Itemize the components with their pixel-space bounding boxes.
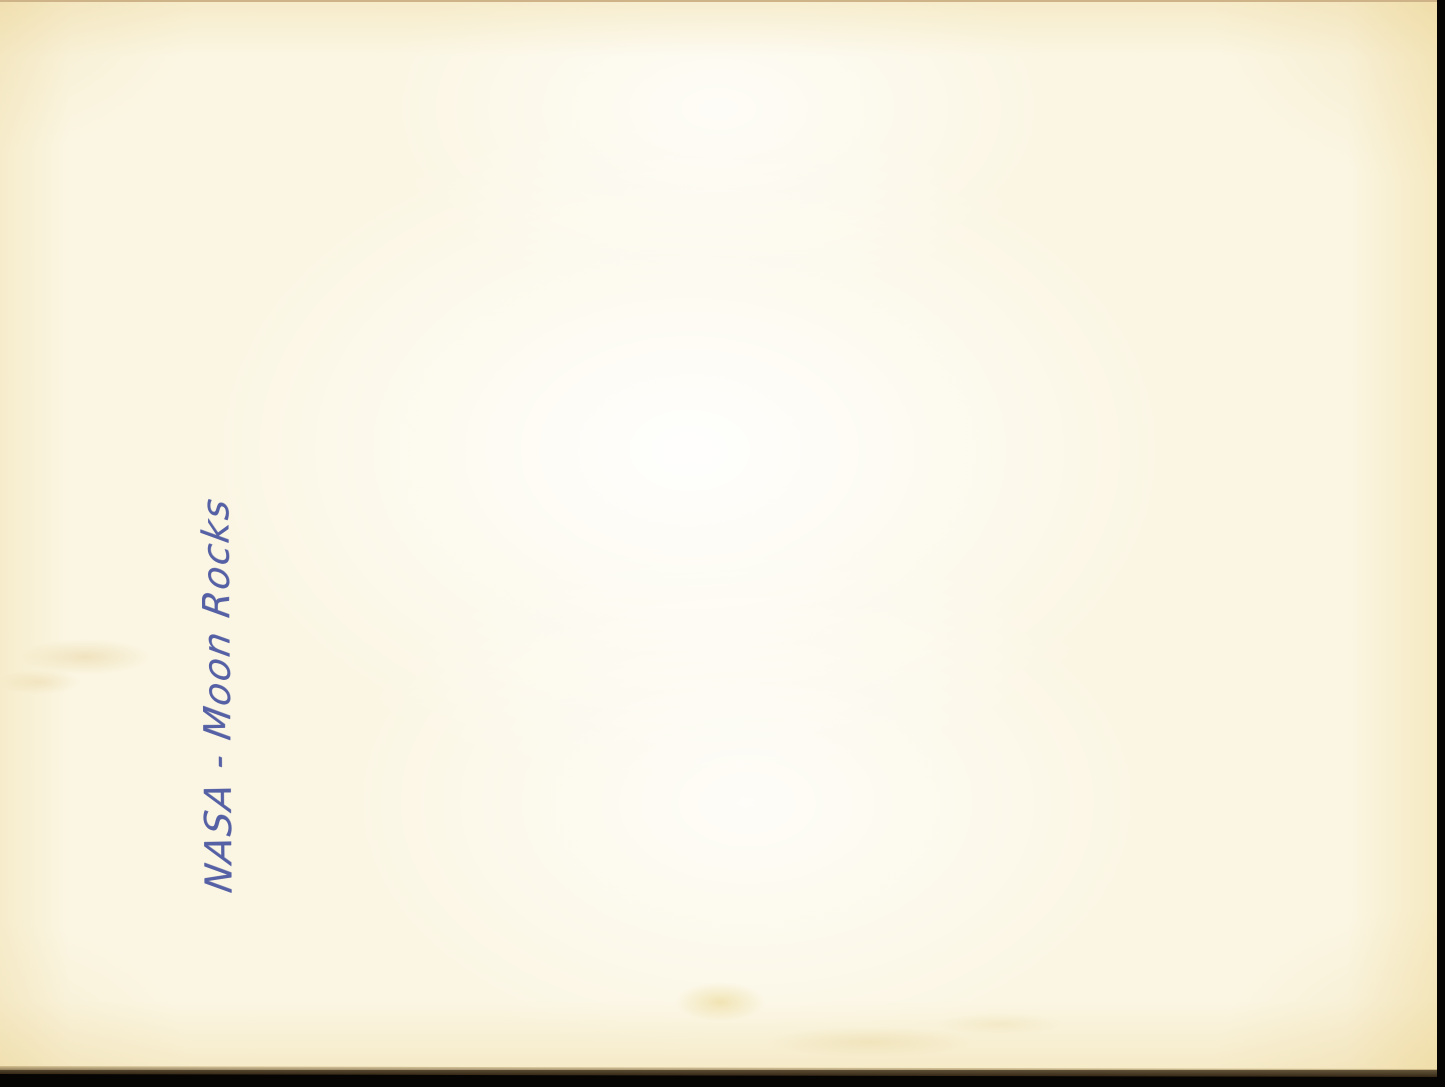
- photo-paper-back: NASA - Moon Rocks: [0, 0, 1437, 1070]
- handwritten-caption: NASA - Moon Rocks: [187, 539, 248, 897]
- paper-bottom-edge: [0, 1066, 1437, 1077]
